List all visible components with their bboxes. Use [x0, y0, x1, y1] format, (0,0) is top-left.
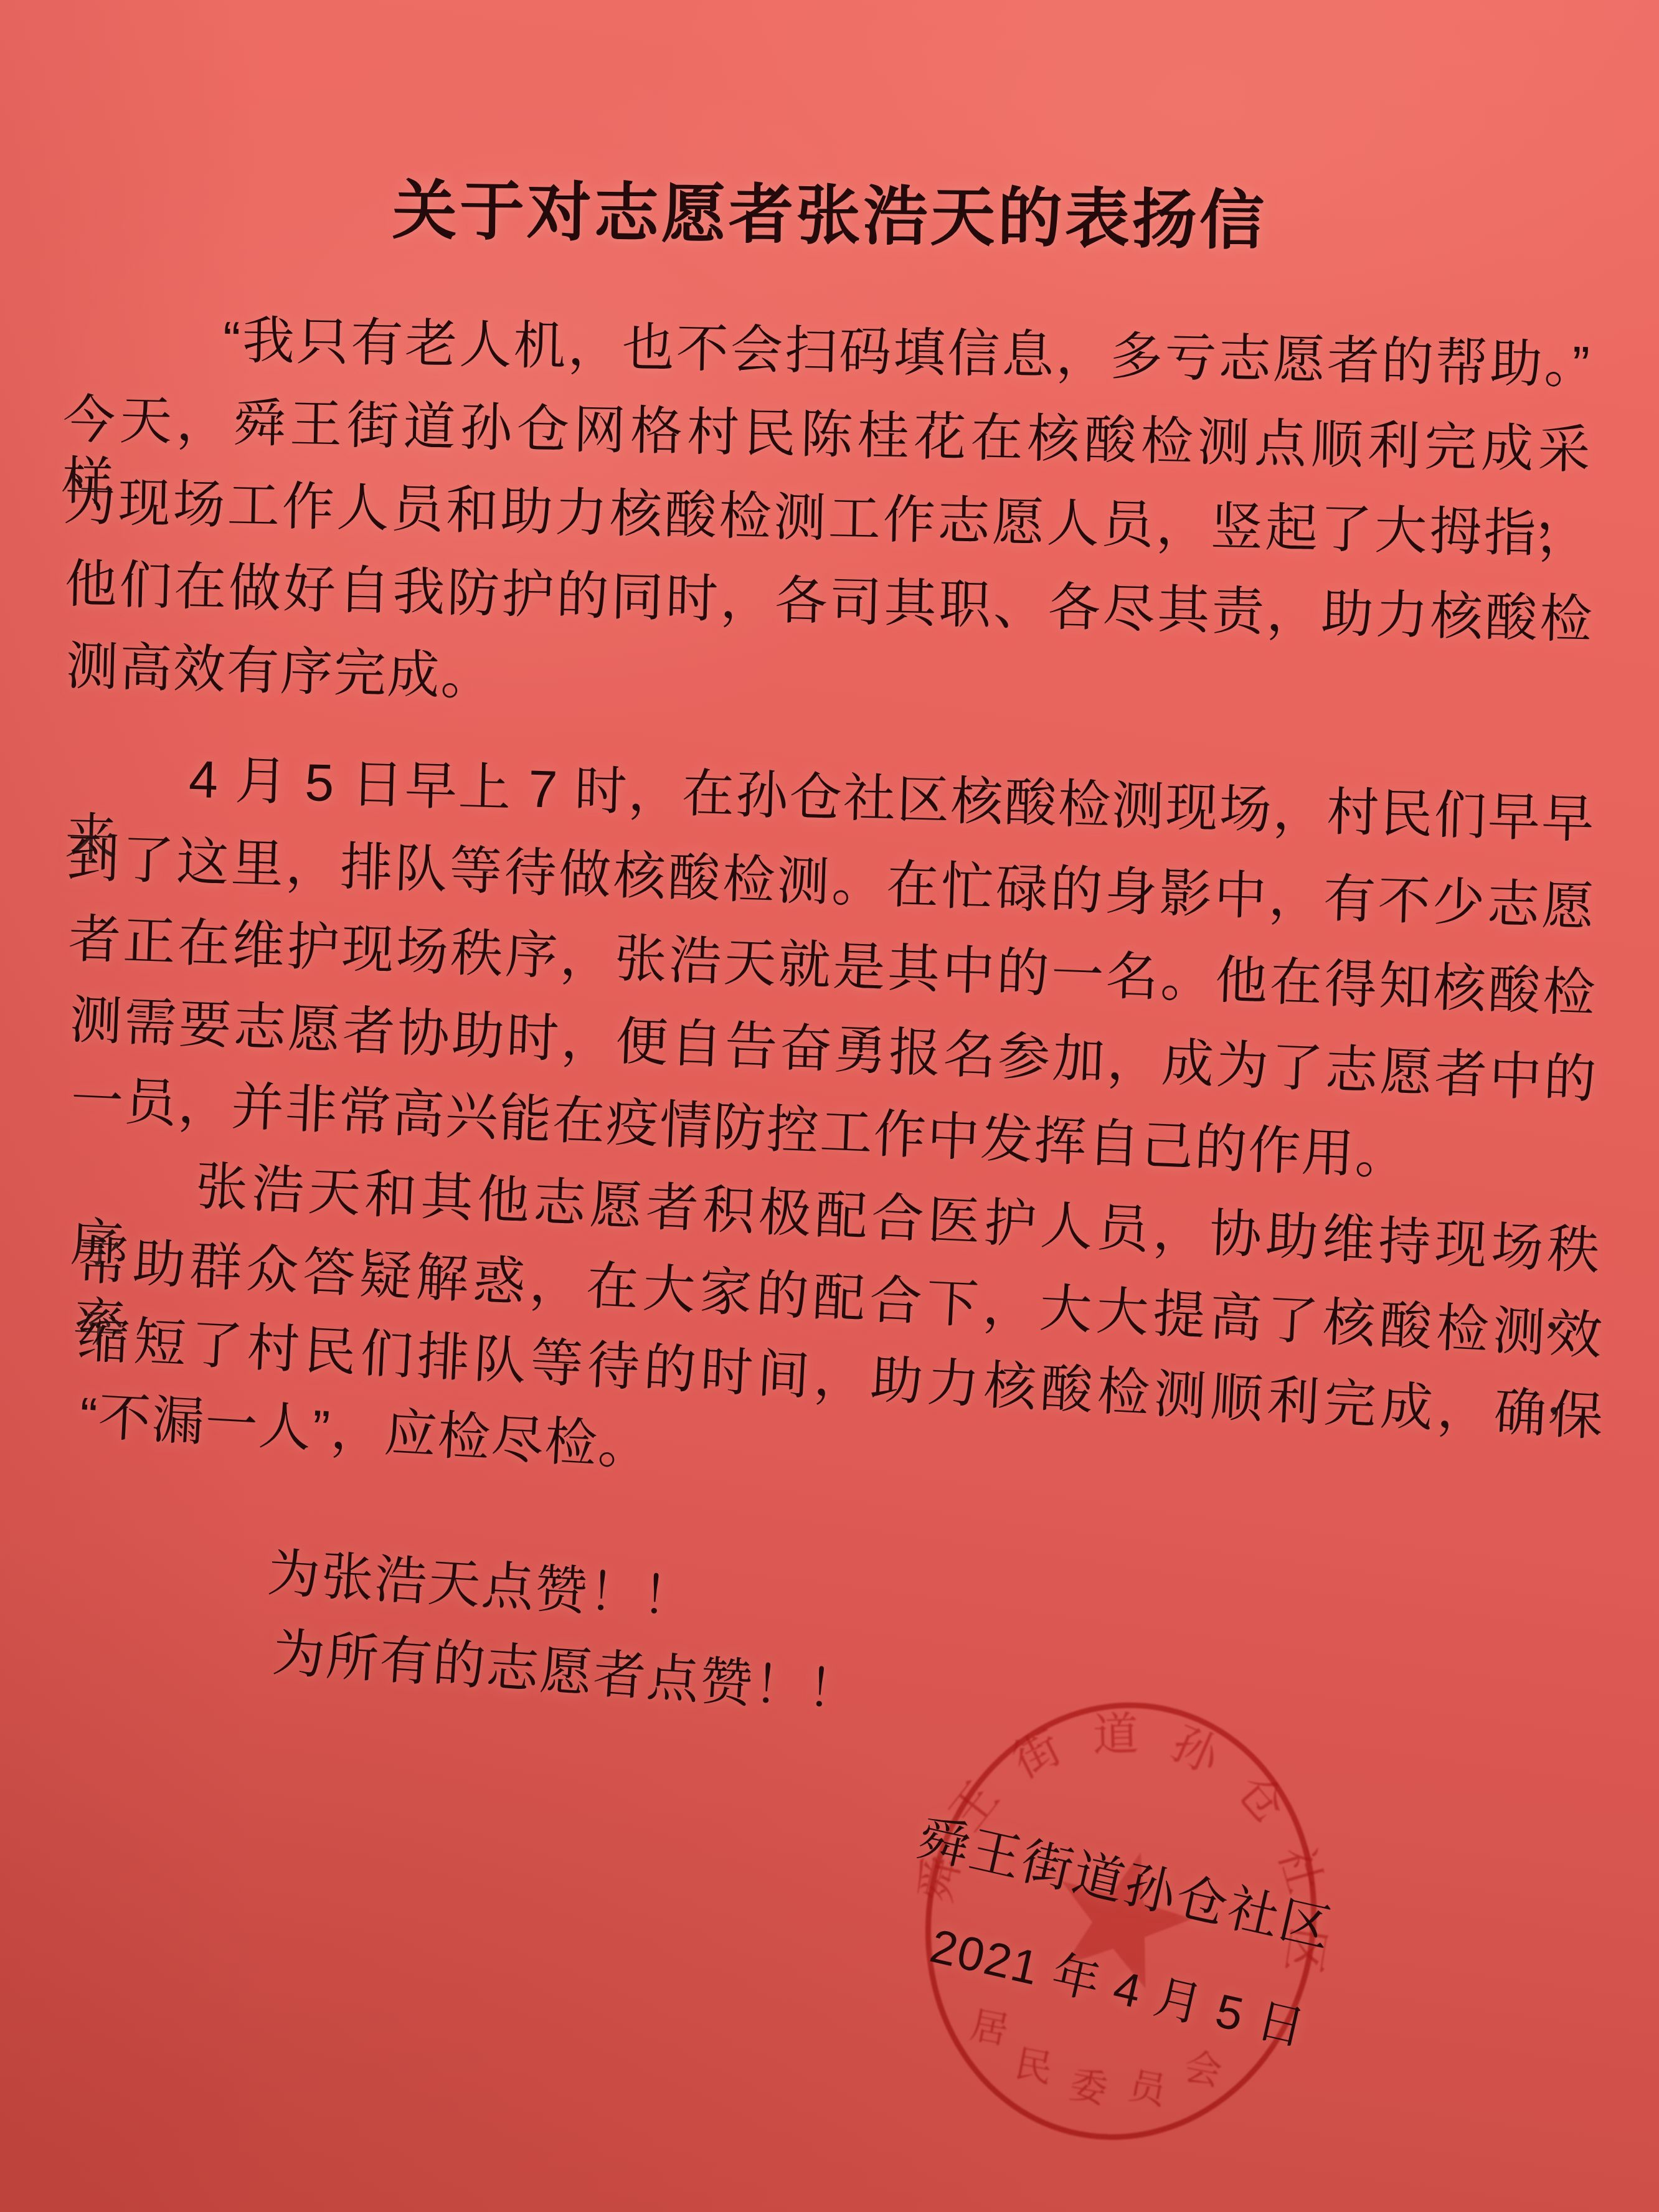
page-title: 关于对志愿者张浩天的表扬信 — [0, 153, 1659, 267]
stamp-bottom-char: 员 — [1125, 2064, 1173, 2113]
stamp-ring-char: 街 — [1005, 1721, 1069, 1787]
stamp-bottom-char: 居 — [967, 2004, 1012, 2052]
stamp-ring-char: 孙 — [1165, 1717, 1229, 1783]
stamp-bottom-char: 会 — [1181, 2045, 1226, 2093]
body-line: “我只有老人机，也不会扫码填信息，多亏志愿者的帮助。” — [62, 306, 1591, 396]
stamp-bottom-char: 民 — [1011, 2043, 1056, 2091]
stamp-bottom-char: 委 — [1066, 2063, 1111, 2111]
commendation-letter-photo: 关于对志愿者张浩天的表扬信 “我只有老人机，也不会扫码填信息，多亏志愿者的帮助。… — [0, 0, 1659, 2212]
body-line: 测高效有序完成。 — [65, 635, 1595, 735]
stamp-ring-char: 仓 — [1227, 1764, 1296, 1832]
body-line: 他们在做好自我防护的同时，各司其职、各尽其责，助力核酸检 — [64, 553, 1594, 651]
stamp-ring-char: 道 — [1092, 1708, 1139, 1761]
